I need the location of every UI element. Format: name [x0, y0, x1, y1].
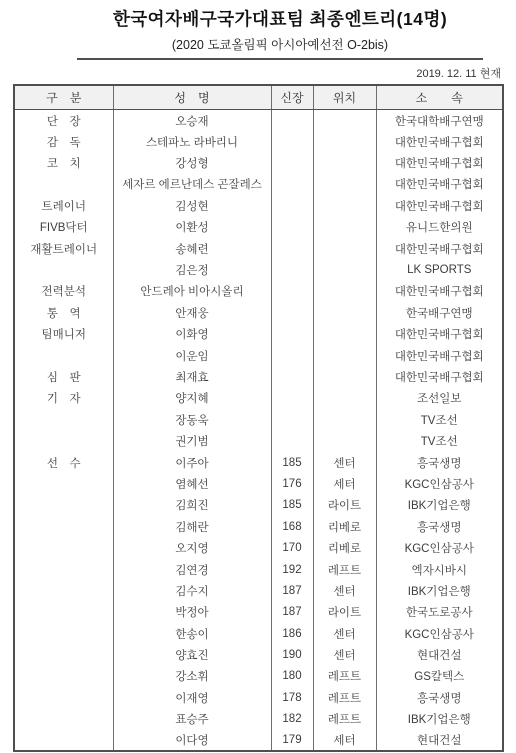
cell-height: 185 [271, 495, 313, 516]
cell-affiliation: 한국배구연맹 [376, 302, 503, 323]
cell-name: 안재웅 [113, 302, 271, 323]
cell-affiliation: 대한민국배구협회 [376, 195, 503, 216]
cell-name: 김수지 [113, 580, 271, 601]
cell-category [14, 345, 113, 366]
cell-position: 센터 [313, 580, 376, 601]
cell-category: 트레이너 [14, 195, 113, 216]
cell-height [271, 217, 313, 238]
cell-name: 이다영 [113, 730, 271, 751]
cell-affiliation: 대한민국배구협회 [376, 131, 503, 152]
table-row: 세자르 에르난데스 곤잘레스 대한민국배구협회 [14, 174, 503, 195]
cell-category [14, 666, 113, 687]
cell-position [313, 430, 376, 451]
cell-affiliation: 대한민국배구협회 [376, 366, 503, 387]
column-header-category: 구 분 [14, 85, 113, 110]
cell-affiliation: LK SPORTS [376, 259, 503, 280]
cell-height [271, 388, 313, 409]
cell-name: 안드레아 비아시올리 [113, 281, 271, 302]
cell-category [14, 687, 113, 708]
cell-height [271, 430, 313, 451]
table-row: 김연경 192 레프트 엑자시바시 [14, 559, 503, 580]
table-row: 강소휘 180 레프트 GS칼텍스 [14, 666, 503, 687]
table-row: 염혜선 176 세터 KGC인삼공사 [14, 473, 503, 494]
cell-category: 선 수 [14, 452, 113, 473]
cell-affiliation: IBK기업은행 [376, 580, 503, 601]
header-row: 구 분 성 명 신장 위치 소 속 [14, 85, 503, 110]
table-row: 팀매니저 이화영 대한민국배구협회 [14, 324, 503, 345]
cell-height: 192 [271, 559, 313, 580]
table-row: 김수지 187 센터 IBK기업은행 [14, 580, 503, 601]
table-row: 이운임 대한민국배구협회 [14, 345, 503, 366]
cell-affiliation: KGC인삼공사 [376, 623, 503, 644]
table-row: 선 수 이주아 185 센터 흥국생명 [14, 452, 503, 473]
cell-affiliation: 유니드한의원 [376, 217, 503, 238]
cell-height: 176 [271, 473, 313, 494]
cell-position [313, 131, 376, 152]
cell-name: 장동욱 [113, 409, 271, 430]
cell-name: 이운임 [113, 345, 271, 366]
cell-name: 양효진 [113, 644, 271, 665]
table-row: 기 자 양지혜 조선일보 [14, 388, 503, 409]
cell-affiliation: KGC인삼공사 [376, 473, 503, 494]
table-row: 이다영 179 세터 현대건설 [14, 730, 503, 751]
cell-height: 187 [271, 602, 313, 623]
table-row: 김희진 185 라이트 IBK기업은행 [14, 495, 503, 516]
cell-name: 송혜련 [113, 238, 271, 259]
cell-height: 170 [271, 537, 313, 558]
cell-height [271, 152, 313, 173]
cell-affiliation: 한국도로공사 [376, 602, 503, 623]
roster-table: 구 분 성 명 신장 위치 소 속 단 장 오승재 한국대학배구연맹 감 독 스… [13, 84, 504, 753]
cell-height: 178 [271, 687, 313, 708]
cell-category: 감 독 [14, 131, 113, 152]
table-row: 오지영 170 리베로 KGC인삼공사 [14, 537, 503, 558]
cell-position [313, 195, 376, 216]
table-row: 김해란 168 리베로 흥국생명 [14, 516, 503, 537]
cell-position: 센터 [313, 623, 376, 644]
table-row: 박정아 187 라이트 한국도로공사 [14, 602, 503, 623]
cell-affiliation: 대한민국배구협회 [376, 345, 503, 366]
cell-height [271, 259, 313, 280]
cell-name: 박정아 [113, 602, 271, 623]
cell-position: 레프트 [313, 559, 376, 580]
date-note: 2019. 12. 11 현재 [0, 65, 516, 81]
cell-affiliation: 대한민국배구협회 [376, 281, 503, 302]
cell-category [14, 174, 113, 195]
document-header: 한국여자배구국가대표팀 최종엔트리(14명) (2020 도쿄올림픽 아시아예선… [77, 8, 483, 60]
cell-position: 라이트 [313, 495, 376, 516]
cell-category: 기 자 [14, 388, 113, 409]
cell-category [14, 473, 113, 494]
cell-name: 강성형 [113, 152, 271, 173]
cell-affiliation: 흥국생명 [376, 687, 503, 708]
cell-category: FIVB닥터 [14, 217, 113, 238]
cell-position: 센터 [313, 452, 376, 473]
table-row: 권기범 TV조선 [14, 430, 503, 451]
cell-category: 재활트레이너 [14, 238, 113, 259]
table-row: 표승주 182 레프트 IBK기업은행 [14, 709, 503, 730]
table-row: 재활트레이너 송혜련 대한민국배구협회 [14, 238, 503, 259]
table-row: 김은정 LK SPORTS [14, 259, 503, 280]
cell-category: 팀매니저 [14, 324, 113, 345]
cell-height [271, 366, 313, 387]
cell-position [313, 324, 376, 345]
cell-name: 양지혜 [113, 388, 271, 409]
cell-height: 182 [271, 709, 313, 730]
cell-height [271, 281, 313, 302]
cell-affiliation: 대한민국배구협회 [376, 324, 503, 345]
cell-position: 리베로 [313, 537, 376, 558]
cell-category [14, 559, 113, 580]
cell-position: 레프트 [313, 687, 376, 708]
cell-position [313, 110, 376, 131]
cell-position: 세터 [313, 473, 376, 494]
cell-category: 통 역 [14, 302, 113, 323]
cell-category [14, 709, 113, 730]
table-row: 단 장 오승재 한국대학배구연맹 [14, 110, 503, 131]
cell-height: 179 [271, 730, 313, 751]
cell-name: 김은정 [113, 259, 271, 280]
cell-category [14, 580, 113, 601]
cell-height [271, 174, 313, 195]
cell-position [313, 409, 376, 430]
cell-position [313, 174, 376, 195]
cell-name: 최재효 [113, 366, 271, 387]
cell-category: 단 장 [14, 110, 113, 131]
cell-affiliation: 현대건설 [376, 644, 503, 665]
cell-affiliation: 한국대학배구연맹 [376, 110, 503, 131]
cell-height [271, 409, 313, 430]
cell-affiliation: 대한민국배구협회 [376, 174, 503, 195]
cell-position: 레프트 [313, 709, 376, 730]
cell-name: 이환성 [113, 217, 271, 238]
cell-height: 185 [271, 452, 313, 473]
cell-affiliation: IBK기업은행 [376, 495, 503, 516]
cell-affiliation: GS칼텍스 [376, 666, 503, 687]
cell-affiliation: 엑자시바시 [376, 559, 503, 580]
cell-position: 레프트 [313, 666, 376, 687]
cell-name: 김연경 [113, 559, 271, 580]
cell-position [313, 302, 376, 323]
table-row: 양효진 190 센터 현대건설 [14, 644, 503, 665]
document-page: 한국여자배구국가대표팀 최종엔트리(14명) (2020 도쿄올림픽 아시아예선… [0, 8, 516, 753]
cell-height: 180 [271, 666, 313, 687]
page-subtitle: (2020 도쿄올림픽 아시아예선전 O-2bis) [77, 35, 483, 53]
table-row: 코 치 강성형 대한민국배구협회 [14, 152, 503, 173]
column-header-position: 위치 [313, 85, 376, 110]
cell-height: 186 [271, 623, 313, 644]
cell-affiliation: IBK기업은행 [376, 709, 503, 730]
cell-position: 리베로 [313, 516, 376, 537]
cell-height [271, 324, 313, 345]
cell-height: 190 [271, 644, 313, 665]
cell-name: 강소휘 [113, 666, 271, 687]
cell-affiliation: TV조선 [376, 409, 503, 430]
cell-name: 표승주 [113, 709, 271, 730]
cell-affiliation: 대한민국배구협회 [376, 152, 503, 173]
cell-name: 이화영 [113, 324, 271, 345]
table-row: 한송이 186 센터 KGC인삼공사 [14, 623, 503, 644]
cell-height [271, 345, 313, 366]
cell-position: 세터 [313, 730, 376, 751]
cell-name: 권기범 [113, 430, 271, 451]
cell-position: 센터 [313, 644, 376, 665]
cell-name: 염혜선 [113, 473, 271, 494]
table-row: 장동욱 TV조선 [14, 409, 503, 430]
table-row: 전력분석 안드레아 비아시올리 대한민국배구협회 [14, 281, 503, 302]
cell-height: 187 [271, 580, 313, 601]
cell-category [14, 623, 113, 644]
cell-affiliation: KGC인삼공사 [376, 537, 503, 558]
cell-affiliation: 현대건설 [376, 730, 503, 751]
cell-affiliation: 흥국생명 [376, 516, 503, 537]
cell-position [313, 345, 376, 366]
cell-affiliation: 흥국생명 [376, 452, 503, 473]
column-header-name: 성 명 [113, 85, 271, 110]
column-header-affiliation: 소 속 [376, 85, 503, 110]
column-header-height: 신장 [271, 85, 313, 110]
table-row: 심 판 최재효 대한민국배구협회 [14, 366, 503, 387]
cell-height [271, 195, 313, 216]
cell-name: 한송이 [113, 623, 271, 644]
cell-category [14, 602, 113, 623]
cell-name: 이재영 [113, 687, 271, 708]
table-row: FIVB닥터 이환성 유니드한의원 [14, 217, 503, 238]
cell-affiliation: TV조선 [376, 430, 503, 451]
cell-position: 라이트 [313, 602, 376, 623]
cell-affiliation: 대한민국배구협회 [376, 238, 503, 259]
cell-category [14, 516, 113, 537]
cell-position [313, 388, 376, 409]
cell-height: 168 [271, 516, 313, 537]
cell-name: 오승재 [113, 110, 271, 131]
cell-category: 전력분석 [14, 281, 113, 302]
table-row: 이재영 178 레프트 흥국생명 [14, 687, 503, 708]
cell-height [271, 238, 313, 259]
cell-name: 김성현 [113, 195, 271, 216]
cell-category [14, 537, 113, 558]
cell-name: 세자르 에르난데스 곤잘레스 [113, 174, 271, 195]
cell-position [313, 217, 376, 238]
roster-table-header: 구 분 성 명 신장 위치 소 속 [14, 85, 503, 110]
cell-category [14, 730, 113, 751]
cell-height [271, 302, 313, 323]
cell-name: 김해란 [113, 516, 271, 537]
cell-name: 오지영 [113, 537, 271, 558]
cell-name: 이주아 [113, 452, 271, 473]
table-row: 통 역 안재웅 한국배구연맹 [14, 302, 503, 323]
cell-category [14, 259, 113, 280]
cell-category [14, 495, 113, 516]
cell-category [14, 409, 113, 430]
cell-height [271, 131, 313, 152]
cell-category [14, 430, 113, 451]
cell-category [14, 644, 113, 665]
roster-table-body: 단 장 오승재 한국대학배구연맹 감 독 스테파노 라바리니 대한민국배구협회 … [14, 110, 503, 752]
cell-category: 코 치 [14, 152, 113, 173]
cell-position [313, 152, 376, 173]
cell-position [313, 366, 376, 387]
cell-height [271, 110, 313, 131]
cell-category: 심 판 [14, 366, 113, 387]
cell-name: 스테파노 라바리니 [113, 131, 271, 152]
page-title: 한국여자배구국가대표팀 최종엔트리(14명) [77, 8, 483, 32]
cell-position [313, 238, 376, 259]
cell-position [313, 281, 376, 302]
cell-name: 김희진 [113, 495, 271, 516]
table-row: 감 독 스테파노 라바리니 대한민국배구협회 [14, 131, 503, 152]
cell-affiliation: 조선일보 [376, 388, 503, 409]
cell-position [313, 259, 376, 280]
table-row: 트레이너 김성현 대한민국배구협회 [14, 195, 503, 216]
